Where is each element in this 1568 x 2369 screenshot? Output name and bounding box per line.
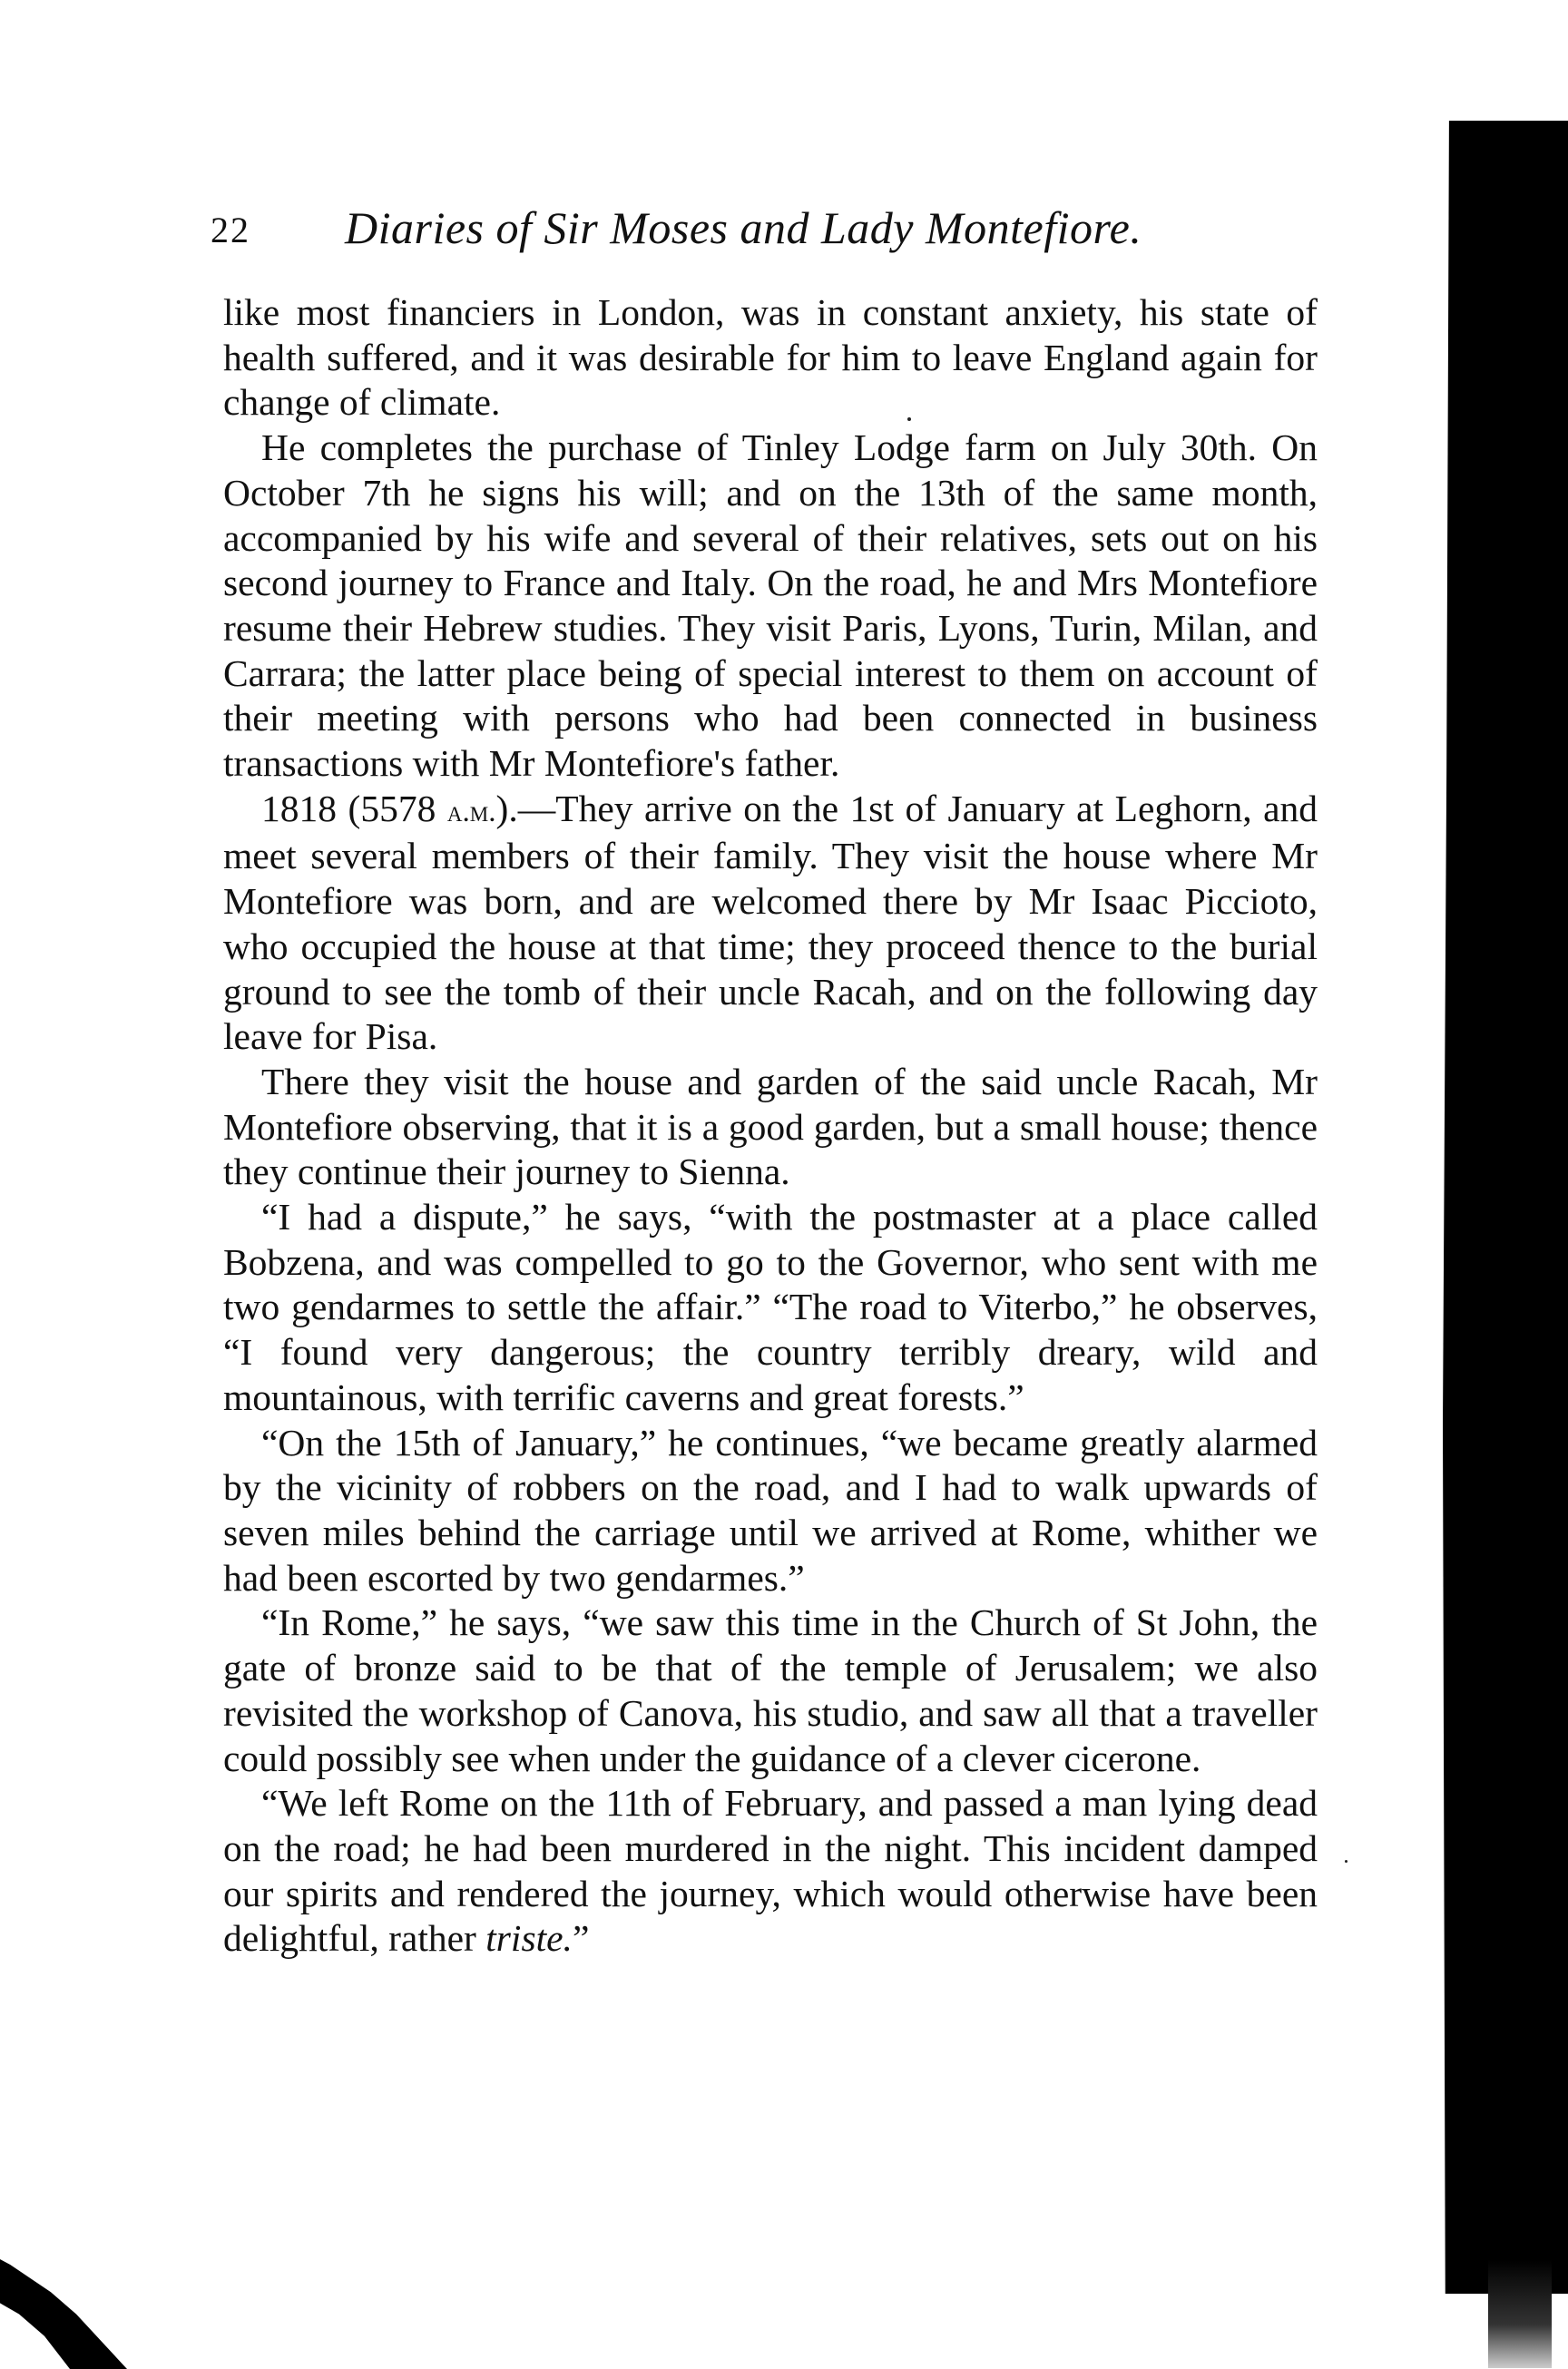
paragraph-7: “In Rome,” he says, “we saw this time in…: [223, 1601, 1318, 1781]
paragraph-3: 1818 (5578 a.m.).—They arrive on the 1st…: [223, 787, 1318, 1060]
scan-edge-shadow-tail: [1488, 2259, 1552, 2368]
scan-corner-smudge: [0, 2259, 127, 2369]
body-text: like most financiers in London, was in c…: [223, 290, 1318, 1962]
paragraph-8: “We left Rome on the 11th of February, a…: [223, 1781, 1318, 1962]
paragraph-1: like most financiers in London, was in c…: [223, 290, 1318, 426]
scan-speck: [1345, 1860, 1347, 1863]
italic-word: triste.: [485, 1917, 573, 1959]
year-prefix: 1818 (5578: [261, 788, 436, 829]
running-title: Diaries of Sir Moses and Lady Montefiore…: [345, 201, 1142, 254]
paragraph-6: “On the 15th of January,” he continues, …: [223, 1421, 1318, 1601]
paragraph-5: “I had a dispute,” he says, “with the po…: [223, 1195, 1318, 1421]
paragraph-4: There they visit the house and garden of…: [223, 1060, 1318, 1195]
closing-quote: ”: [573, 1917, 589, 1959]
scan-edge-shadow: [1443, 121, 1568, 2294]
page-header: 22 Diaries of Sir Moses and Lady Montefi…: [211, 201, 1327, 265]
era-abbrev: a.m.: [447, 795, 496, 828]
paragraph-8-text: “We left Rome on the 11th of February, a…: [223, 1782, 1318, 1959]
scan-speck: [833, 1890, 837, 1894]
paragraph-2: He completes the purchase of Tinley Lodg…: [223, 426, 1318, 787]
page-number: 22: [211, 209, 250, 251]
scan-speck: [907, 417, 911, 421]
